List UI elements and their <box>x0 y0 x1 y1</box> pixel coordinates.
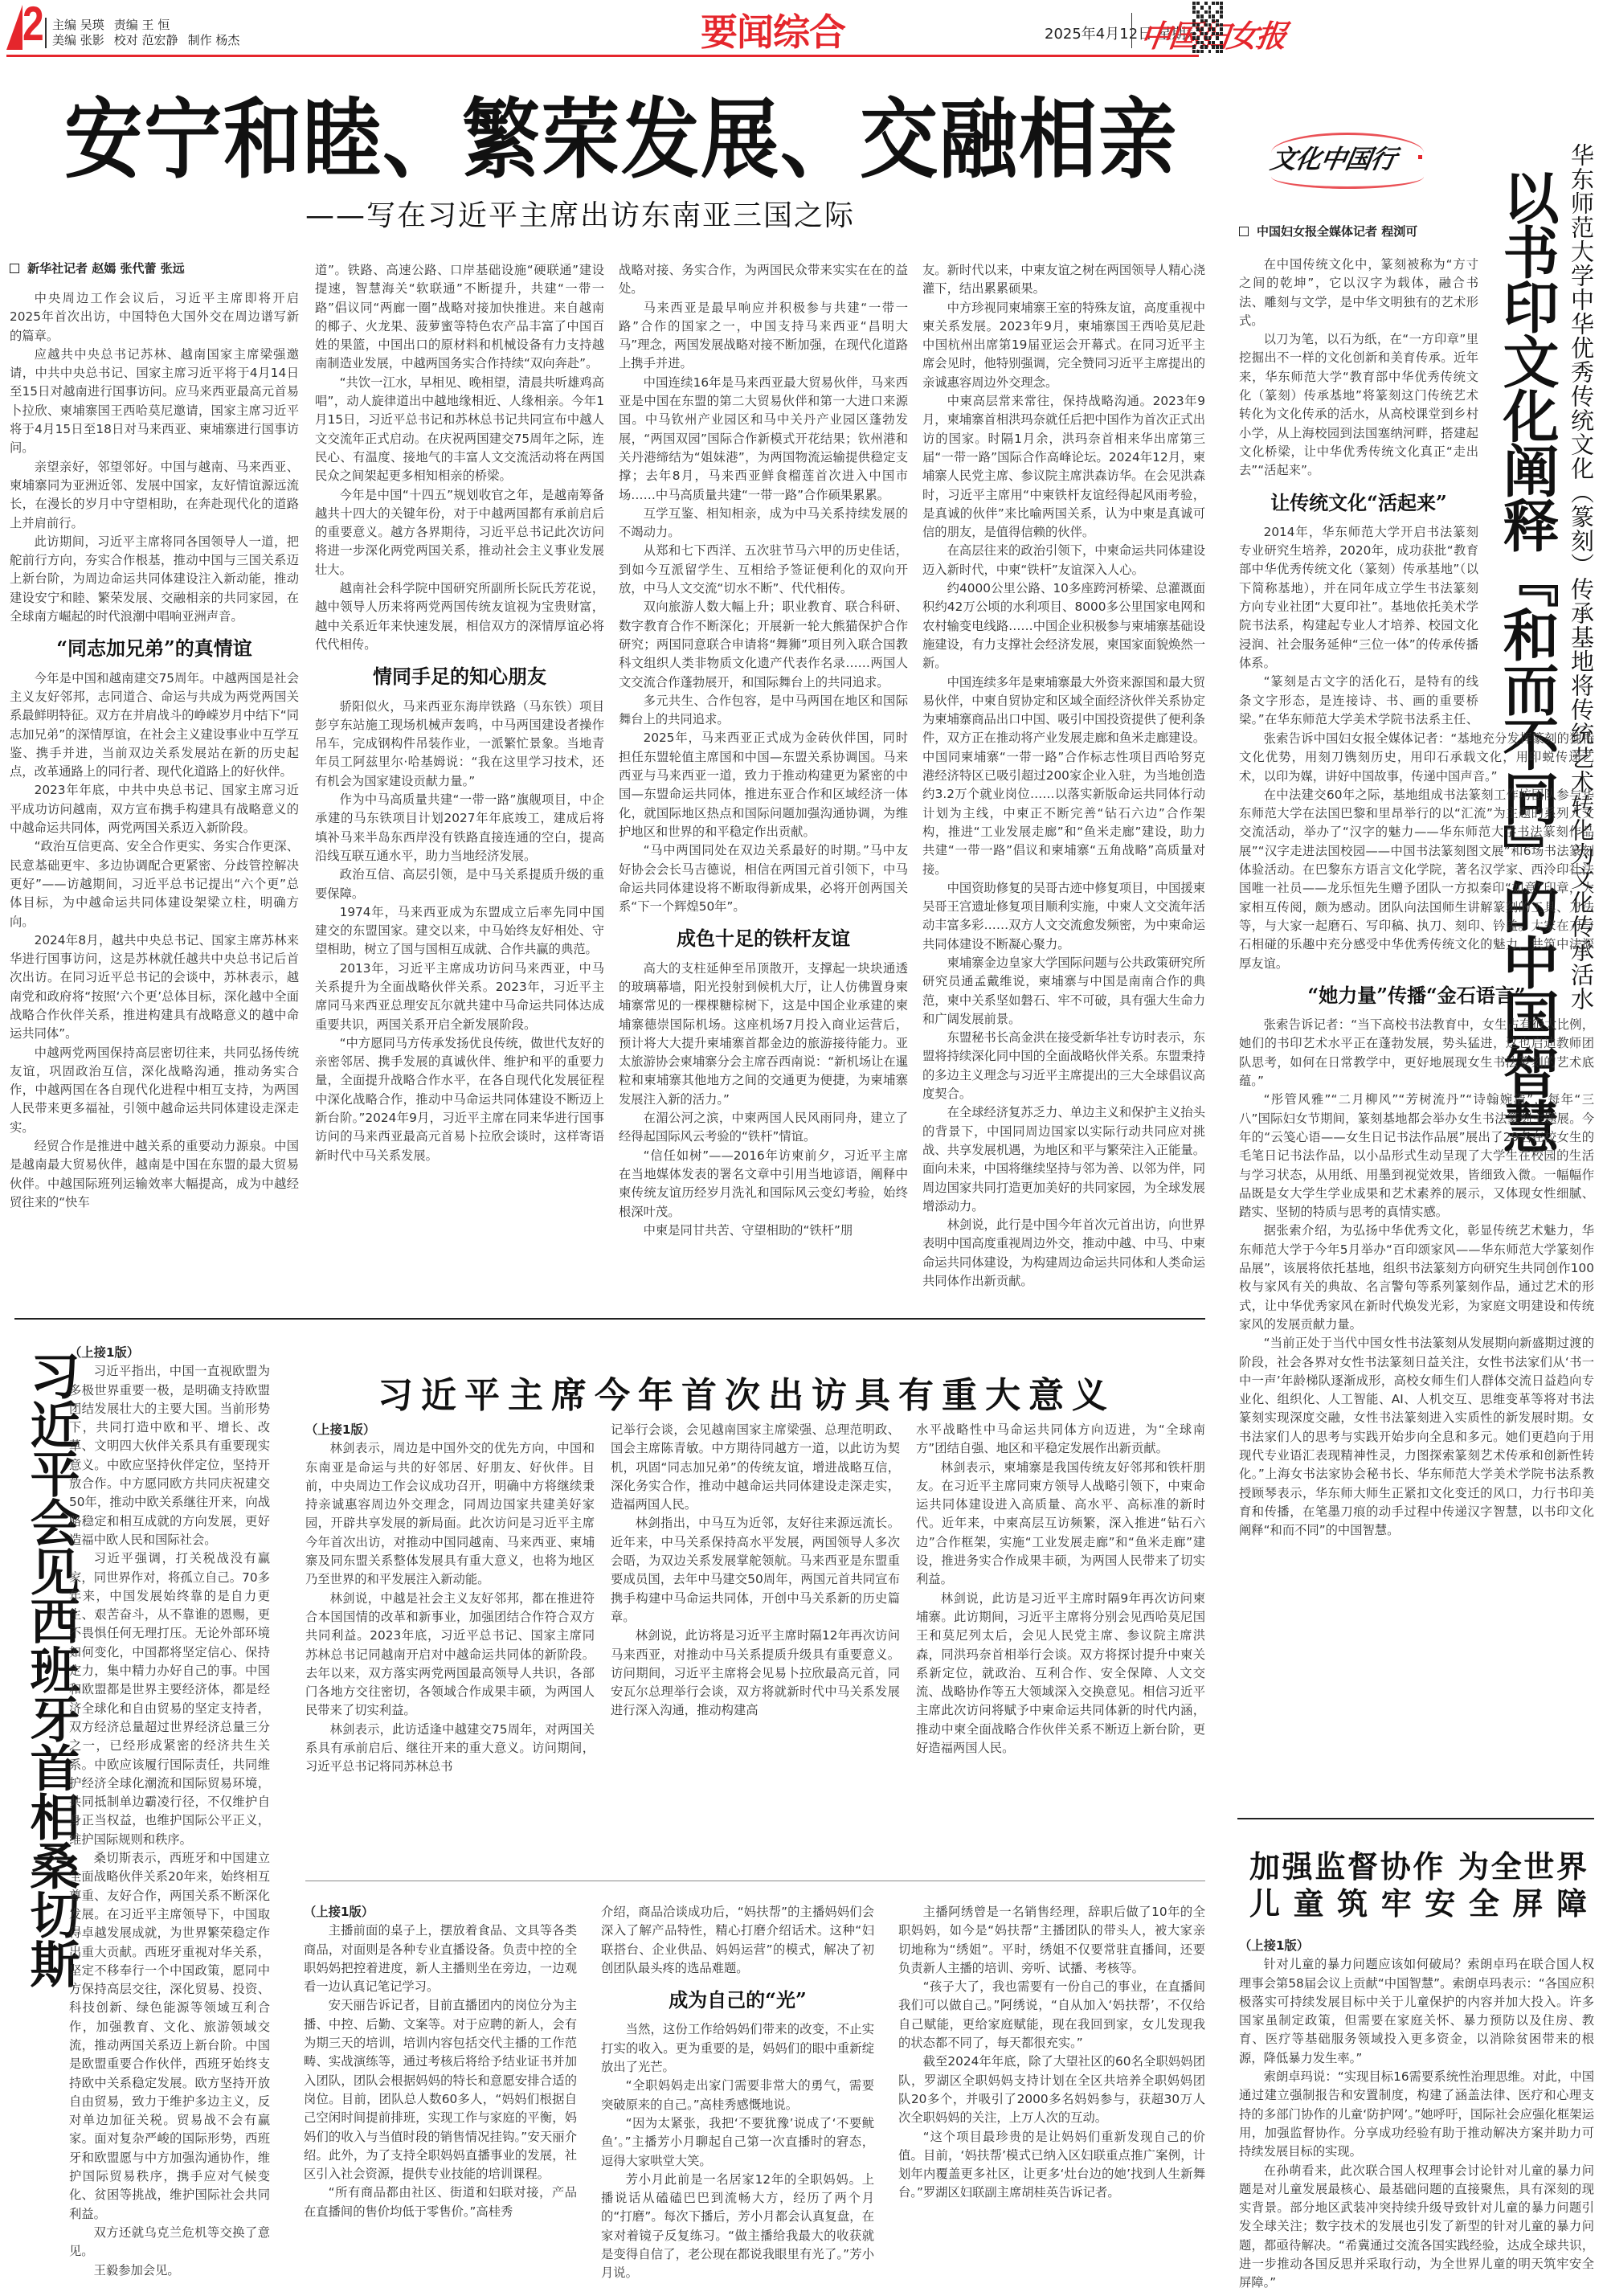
subheading: 成色十足的铁杆友谊 <box>619 929 908 947</box>
subheading: “她力量”传播“金石语言” <box>1239 986 1594 1005</box>
section-title: 要闻综合 <box>701 3 845 56</box>
subheading: 情同手足的知心朋友 <box>315 667 604 686</box>
section-divider <box>305 1881 1205 1881</box>
staff-line-2: 美编 张影校对 范宏静制作 杨杰 <box>52 33 249 48</box>
subheading: 成为自己的“光” <box>601 1991 874 2009</box>
column-logo: 文化中国行 <box>1271 133 1432 197</box>
byline-box-icon <box>1239 227 1249 236</box>
visit-column-1: （上接1版） 林剑表示，周边是中国外交的优先方向，中国和东南亚是命运与共的好邻居… <box>305 1421 595 1839</box>
child-headline: 加强监督协作 为全世界儿童筑牢安全屏障 <box>1249 1848 1587 1922</box>
seal-icon <box>1418 155 1422 159</box>
byline-box-icon <box>10 264 19 273</box>
lead-headline: 安宁和睦、繁荣发展、交融相亲 <box>64 96 1178 183</box>
visit-headline: 习近平主席今年首次出访具有重大意义 <box>378 1366 1115 1418</box>
feature-byline: 中国妇女报全媒体记者 程浏可 <box>1239 223 1417 239</box>
continued-label: （上接1版） <box>304 1903 577 1922</box>
section-divider <box>14 1318 1205 1320</box>
livestream-column-2: 介绍，商品洽谈成功后，“妈扶帮”的主播妈妈们会深入了解产品特性，精心打磨介绍话术… <box>601 1903 874 2289</box>
feature-column-top: 在中国传统文化中，篆刻被称为“方寸之间的乾坤”，它以汉字为载体，融合书法、雕刻与… <box>1239 256 1478 730</box>
continued-label: （上接1版） <box>1239 1937 1594 1955</box>
page-number: 2 <box>6 5 55 55</box>
visit-column-3: 水平战略性中马命运共同体方向迈进，为“全球南方”团结自强、地区和平稳定发展作出新… <box>916 1421 1205 1839</box>
lead-column-3: 战略对接、务实合作，为两国民众带来实实在在的益处。 马来西亚是最早响应并积极参与… <box>619 261 908 1294</box>
divider <box>45 18 47 48</box>
livestream-column-3: 主播阿绣曾是一名销售经理，辞职后做了10年的全职妈妈，如今是“妈扶帮”主播团队的… <box>898 1903 1205 2289</box>
section-divider <box>1237 1818 1594 1819</box>
lead-column-4: 友。新时代以来，中柬友谊之树在两国领导人精心浇灌下，结出累累硕果。 中方珍视同柬… <box>922 261 1205 1294</box>
lead-column-1: 中央周边工作会议后，习近平主席即将开启2025年首次出访，中国特色大国外交在周边… <box>10 289 299 1294</box>
lead-column-2: 道”。铁路、高速公路、口岸基础设施“硬联通”建设提速，智慧海关“软联通”不断提升… <box>315 261 604 1294</box>
divider <box>1131 13 1132 48</box>
visit-column-2: 记举行会谈，会见越南国家主席梁强、总理范明政、国会主席陈青敏。中方期待同越方一道… <box>611 1421 900 1839</box>
masthead: 2 主编 吴瑛责编 王 恒 美编 张影校对 范宏静制作 杨杰 要闻综合 2025… <box>0 0 1607 56</box>
child-column: （上接1版） 针对儿童的暴力问题应该如何破局？索朗卓玛在联合国人权理事会第58届… <box>1239 1937 1594 2290</box>
continued-label: （上接1版） <box>69 1344 270 1362</box>
staff-credits: 主编 吴瑛责编 王 恒 美编 张影校对 范宏静制作 杨杰 <box>52 18 249 48</box>
lead-byline: 新华社记者 赵嫣 张代蕾 张远 <box>10 260 185 276</box>
subheading: 让传统文化“活起来” <box>1239 493 1478 512</box>
masthead-rule <box>6 55 1199 57</box>
spain-column: （上接1版） 习近平指出，中国一直视欧盟为多极世界重要一极，是明确支持欧盟团结发… <box>69 1344 270 2288</box>
staff-line-1: 主编 吴瑛责编 王 恒 <box>52 18 249 33</box>
page-number-flag-icon <box>6 5 22 50</box>
subheading: “同志加兄弟”的真情谊 <box>10 639 299 657</box>
continued-label: （上接1版） <box>305 1421 595 1439</box>
livestream-column-1: （上接1版） 主播前面的桌子上，摆放着食品、文具等各类商品，对面则是各种专业直播… <box>304 1903 577 2289</box>
feature-column-bottom: 张索告诉中国妇女报全媒体记者：“基地充分发挥篆刻的独特文化优势，用刻刀镌刻历史，… <box>1239 730 1594 1795</box>
qr-code-icon[interactable] <box>1192 2 1223 53</box>
lead-subhead: ——写在习近平主席出访东南亚三国之际 <box>305 193 855 234</box>
